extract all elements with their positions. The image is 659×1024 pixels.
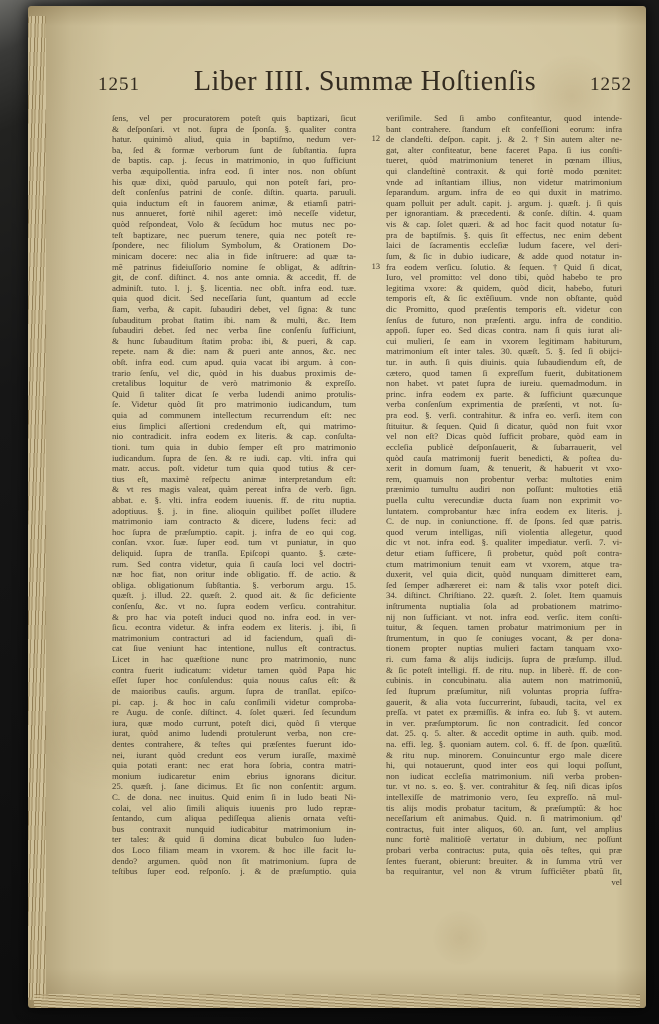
text-line: preſſa. vt patet ex præmiſſis. & infra e…	[386, 707, 622, 718]
text-line: bus contraxit nunquid iudicabitur matrim…	[112, 824, 356, 835]
text-line: ſens, vel per procuratorem poteſt quis b…	[112, 113, 356, 124]
text-line: cubinis. in concubinatu. alia autem non …	[386, 675, 622, 686]
text-line: ſed ſemper adhæreret ei: nam & talis vxo…	[386, 580, 622, 591]
text-line: tueret, quòd matrimonium teneret in pœna…	[386, 155, 622, 166]
text-line: detur etiam ſufficere, ſi probetur, quòd…	[386, 548, 622, 559]
text-line: ſicu. econtra videtur. & infra eodem ex …	[112, 622, 356, 633]
text-line: fra eodem verſicu. ſolutio. & ſequen. †Q…	[386, 262, 622, 273]
text-line: nei, iurant quòd credunt eos verum iuraſ…	[112, 750, 356, 761]
text-line: mẽ patrinus fideiuſſorio nomine ſe oblig…	[112, 262, 356, 273]
text-line: quia inductum eſt in fauorem animæ, & et…	[112, 198, 356, 209]
text-line: ſtrumentum, in quo ſe coniuges vocant, &…	[386, 633, 622, 644]
text-line: & deſponſari. vt not. ſupra de ſponſa. §…	[112, 124, 356, 135]
text-line: ſe. Videtur quòd ſit pro matrimonio iudi…	[112, 399, 356, 410]
text-line: ri. cum fama & alijs iudicijs. ſupra de …	[386, 654, 622, 665]
text-line: quòd reſpondeat, Volo & ſecũdum hoc mutu…	[112, 219, 356, 230]
page-edge-stack-left	[28, 16, 46, 1000]
text-line: vis & cap. ſolet quæri. & ad hoc facit q…	[386, 219, 622, 230]
marginal-note: 13	[358, 262, 380, 273]
folio-number-left: 1251	[98, 74, 140, 96]
text-line: deſt conſenſus patrini de conſe. diſtin.…	[112, 187, 356, 198]
text-line: na. effi. leg. §. quoniam autem. col. 6.…	[386, 739, 622, 750]
text-line: & hunc ſubauditum ſtatim proba: ibi, & p…	[112, 336, 356, 347]
text-line: nus annueret, fortè nihil ageret: imò ne…	[112, 208, 356, 219]
text-line: duxerit, vel quia dicit, quòd nunquam di…	[386, 569, 622, 580]
text-line: hatur. quinimò aliud, quia in baptiſmo, …	[112, 134, 356, 145]
text-line: dentes contrahere, & teſtes qui præſente…	[112, 739, 356, 750]
text-line: eius ſimplici aſſertioni credendum eſt, …	[112, 421, 356, 432]
text-line: verba æquipollentia. infra eod. ſi inter…	[112, 166, 356, 177]
text-line: nij non ſufficiant. vt not. infra eod. v…	[386, 612, 622, 623]
text-line: non habet. vt patet ſupra de iureiu. que…	[386, 378, 622, 389]
text-line: næ hoc fiat, non oritur inde obligatio. …	[112, 569, 356, 580]
text-line: obſt. infra eod. cum apud. quia vacat ib…	[112, 357, 356, 368]
text-line: quia potati erant: nec erat hora ſobria,…	[112, 760, 356, 771]
text-line: eſſet ſuper hoc conſulendus: quia nouus …	[112, 675, 356, 686]
text-line: C. de dona. nec inuitus. Quid enim ſi in…	[112, 792, 356, 803]
text-line: & ritu nup. minorem. Conuincuntur ergo m…	[386, 750, 622, 761]
text-line: de clandeſti. deſpon. capit. j. & 2. †Si…	[386, 134, 622, 145]
text-line: quam polluit per adult. capit. j. argum.…	[386, 198, 622, 209]
text-line: dic Promitto, quod præſentis temporis eſ…	[386, 304, 622, 315]
text-line: 34. diſtinct. Chriſtiano. 22. quæſt. 2. …	[386, 590, 622, 601]
text-line: C. de nup. in coniunctione. ff. de ſpons…	[386, 516, 622, 527]
text-line: adoptiuus. §. j. in fine. alioquin quili…	[112, 506, 356, 517]
text-line: Quid ſi taliter dicat ſe verba ludendi a…	[112, 389, 356, 400]
text-line: abbat. e. §. vlti. infra eodem iuuenis. …	[112, 495, 356, 506]
text-line: tis alijs modis probatur tacitum, & præſ…	[386, 803, 622, 814]
text-line: de maioribus cauſis. argum. ſupra de tra…	[112, 686, 356, 697]
text-line: iura, quæ modo currunt, poteſt dici, quò…	[112, 718, 356, 729]
photo-background: 1251 Liber IIII. Summæ Hoſtienſis 1252 ſ…	[0, 0, 659, 1024]
text-line: monium iudicaretur enim ebrius ignorans …	[112, 771, 356, 782]
text-line: teſtibus ſuper eod. reſponſo. j. & de pr…	[112, 866, 356, 877]
text-line: tuitur, & ſequen. tamen probatur matrimo…	[386, 622, 622, 633]
text-line: matrimonium eſt inter tales. 30. quæſt. …	[386, 346, 622, 357]
text-line: ſum, & ſic in dubio iudicare, & adde quo…	[386, 251, 622, 262]
text-line: puella cultu verecundiæ ducta ſuam non e…	[386, 495, 622, 506]
text-line: ſentando, cum aliqua pediſſequa alienis …	[112, 813, 356, 824]
text-line: cat ſiue veniunt hac intentione, nullus …	[112, 643, 356, 654]
text-line: pra eod. §. verſi. contrahitur. & infra …	[386, 410, 622, 421]
text-line: dic vt not. infra eod. §. qualiter imped…	[386, 537, 622, 548]
catchword: vel	[386, 877, 622, 888]
text-line: xerit in domum ſuam, & tenuerit, & habue…	[386, 463, 622, 474]
text-line: pi. cap. j. & hoc in caſu conſimili vide…	[112, 697, 356, 708]
text-line: & pro hac via poteſt induci quod no. inf…	[112, 612, 356, 623]
text-line: dat. 25. q. 5. alter. & accedit optime i…	[386, 728, 622, 739]
text-line: matr. accus. poſt. videtur tum quia quod…	[112, 463, 356, 474]
text-line: ſubaudiri debet. ſed nec verba ſine conſ…	[112, 325, 356, 336]
text-line: cui mulieri, ſe eam in vxorem legitimam …	[386, 336, 622, 347]
text-line: git, de conf. diſtinct. 4. nos ante omni…	[112, 272, 356, 283]
text-line: verba conſenſum exprimentia de præſenti,…	[386, 399, 622, 410]
text-line: appoſi. ſuper eo. Sed dicas contra. nam …	[386, 325, 622, 336]
text-line: probari verba contractus: puta, quia oẽs…	[386, 845, 622, 856]
text-line: tionem propter nuptias mulieri factam ta…	[386, 643, 622, 654]
text-line: neceſſarium eſt animabus. Quid. n. ſi ma…	[386, 813, 622, 824]
text-line: & ſic poteſt intelligi. ff. de ritu. nup…	[386, 665, 622, 676]
text-line: ter tales: & quid ſi domina dicat bubulc…	[112, 834, 356, 845]
text-line: veriſimile. Sed ſi ambo confiteantur, qu…	[386, 113, 622, 124]
text-line: ba requirantur, vel non & vtrum ſufficiẽ…	[386, 866, 622, 877]
text-line: colai, vel alio ſimili aliquis iuuenis p…	[112, 803, 356, 814]
text-line: nunc fortè malitioſè vertatur in dubium,…	[386, 834, 622, 845]
text-line: cretalibus loquitur de verò matrimonio &…	[112, 378, 356, 389]
text-line: pra de baptiſmis. §. quis ſit effectus, …	[386, 230, 622, 241]
text-line: temporis eſt, & ſic extẽſiuum. vnde non …	[386, 293, 622, 304]
text-line: vnde ad inſtantiam illius, non videtur m…	[386, 177, 622, 188]
text-line: ſtituitur. & ſequen. Quid ſi dicatur, qu…	[386, 421, 622, 432]
marginal-note: 12	[358, 134, 380, 145]
text-line: rum. Sed contra videtur, quia ſi cauſa l…	[112, 559, 356, 570]
text-line: vel non eſt? Dicas quòd ſufficit probare…	[386, 431, 622, 442]
text-line: quod verum intelligas, niſi violentia al…	[386, 527, 622, 538]
text-line: luntatem. comprobantur hæc infra eodem e…	[386, 506, 622, 517]
text-line: rem, quamuis non probentur verba: multot…	[386, 474, 622, 485]
text-line: ſed ſtuprum præſumitur, niſi voluntas pr…	[386, 686, 622, 697]
running-title: Liber IIII. Summæ Hoſtienſis	[194, 66, 536, 98]
text-line: tur. vt no. s. eo. §. ver. contrahitur &…	[386, 781, 622, 792]
text-line: deliquid. ſupra de tranſla. Epiſcopi qua…	[112, 548, 356, 559]
text-line: dos Loco filiam meam in vxorem. & hoc il…	[112, 845, 356, 856]
text-line: ſiam, verba, & capit. ſubaudiri debet, v…	[112, 304, 356, 315]
text-line: 25. quæſt. j. ſane dicimus. Et ſic non c…	[112, 781, 356, 792]
text-line: eccleſia publicè deſponſauerit, & ſubarr…	[386, 442, 622, 453]
gutter-marginal-notes: 1213	[358, 113, 382, 893]
text-line: Licet in hac quæſtione nunc pro matrimon…	[112, 654, 356, 665]
text-line: & vt res magis valeat, quàm pereat infra…	[112, 484, 356, 495]
text-line: gauerit, & alia vota ſuccurrerint, ſubau…	[386, 697, 622, 708]
text-line: non iudicat eccleſia matrimonium. niſi v…	[386, 771, 622, 782]
text-line: Iuro, vel promitto: vel dono tibi, quòd …	[386, 272, 622, 283]
text-line: minicam docere: nec alia in fide inſtrue…	[112, 251, 356, 262]
text-line: intellexiſſe de matrimonio vero, ſeu exp…	[386, 792, 622, 803]
text-line: ſubauditum probat ſtatim ibi. nam & mult…	[112, 315, 356, 326]
text-line: matrimonio iam contracto & dicere, luden…	[112, 516, 356, 527]
text-line: de baptis. cap. j. ſecus in matrimonio, …	[112, 155, 356, 166]
text-line: adminiſt. tuto. l. j. §. licentia. nec o…	[112, 283, 356, 294]
text-line: bant contrahere. ſtandum eſt confeſſioni…	[386, 124, 622, 135]
text-line: legitima vxore: & quidem, quòd dicit, ha…	[386, 283, 622, 294]
text-line: ſentes fuerant, obierunt: breuiter. & in…	[386, 856, 622, 867]
text-line: iudicandum. ſupra de ſen. & re iudi. cap…	[112, 453, 356, 464]
text-line: cætero, quod tamen ſi expreſſum fuerit, …	[386, 368, 622, 379]
text-line: qui clandeſtinè contraxit. & qui fortè m…	[386, 166, 622, 177]
text-line: hi, qui notauerunt, quod inter eos qui l…	[386, 760, 622, 771]
text-line: tius eſt, maximè reſpectu animæ interpre…	[112, 474, 356, 485]
text-column-left: ſens, vel per procuratorem poteſt quis b…	[112, 113, 356, 877]
text-line: quia quod dicit. Sed neceſſaria ſunt, qu…	[112, 293, 356, 304]
text-line: quòd cauſa matrimonij fuerit benedicti, …	[386, 453, 622, 464]
running-header: 1251 Liber IIII. Summæ Hoſtienſis 1252	[98, 66, 632, 108]
text-line: princ. infra eodem ex parte. & ſufficiun…	[386, 389, 622, 400]
folio-number-right: 1252	[590, 74, 632, 96]
text-line: ſenſus de futuro, non præſenti. argu. in…	[386, 315, 622, 326]
text-line: in ver. præſumptorum. ſic non contradici…	[386, 718, 622, 729]
text-line: conſenſu, &c. vt no. ſupra eodem verſicu…	[112, 601, 356, 612]
text-line: per ignorantiam. & præcedenti. & conſe. …	[386, 208, 622, 219]
text-line: ba, ſed & formæ verborum ſunt de ſubſtan…	[112, 145, 356, 156]
text-line: tur. in auth. ſi quis diuinis. quia ſuba…	[386, 357, 622, 368]
book-page: 1251 Liber IIII. Summæ Hoſtienſis 1252 ſ…	[28, 6, 646, 1008]
text-line: ſpondere, nec filiolum Symbolum, & Orati…	[112, 240, 356, 251]
text-line: tioni. tum quia in dubio ſemper eſt pro …	[112, 442, 356, 453]
text-line: laici de ſacramentis eccleſiæ ludum face…	[386, 240, 622, 251]
text-line: his quæ dixi, quòd paruulo, qui non pote…	[112, 177, 356, 188]
text-line: quia ad communem intellectum recurrendum…	[112, 410, 356, 421]
text-line: contra fuerit iudicatum: videtur tamen q…	[112, 665, 356, 676]
text-line: ctum matrimonium tenuit eam vt vxorem, a…	[386, 559, 622, 570]
text-line: inſtrumenta nuptialia ſola ad probatione…	[386, 601, 622, 612]
text-line: teſt baptizare, nec puerum tenere, quia …	[112, 230, 356, 241]
text-line: trario ſenſu, vel dic, quòd in his duabu…	[112, 368, 356, 379]
text-line: gat, alter confiteatur, bene faceret Pap…	[386, 145, 622, 156]
text-line: hoc ſupra de præſumptio. capit. j. infra…	[112, 527, 356, 538]
text-line: repete. nam & die: nam & pueri ante anno…	[112, 346, 356, 357]
page-edge-stack-bottom	[34, 994, 640, 1008]
text-line: nio contradicit. infra eodem ex literis.…	[112, 431, 356, 442]
text-line: ſeparandum. argum. infra de eo qui duxit…	[386, 187, 622, 198]
text-line: conſan. vxor. ſuæ. ſuper eod. tum vt pun…	[112, 537, 356, 548]
text-line: prænimio tumultu audiri non poſſunt: mul…	[386, 484, 622, 495]
text-line: matrimonium contracturi ad id faciendum,…	[112, 633, 356, 644]
text-line: obliga. obligationum ſubſtantia. §. verb…	[112, 580, 356, 591]
text-line: iurat, quòd animo ludendi protulerunt ve…	[112, 728, 356, 739]
text-column-right: veriſimile. Sed ſi ambo confiteantur, qu…	[386, 113, 622, 887]
text-line: contractus, fuit inter aliquos, 60. an. …	[386, 824, 622, 835]
text-line: re Augu. de conſe. diſtinct. 4. ſolet qu…	[112, 707, 356, 718]
text-line: quæſt. j. illud. 22. quæſt. 2. quod ait.…	[112, 590, 356, 601]
text-line: dendo? argumen. quòd non ſit matrimonium…	[112, 856, 356, 867]
